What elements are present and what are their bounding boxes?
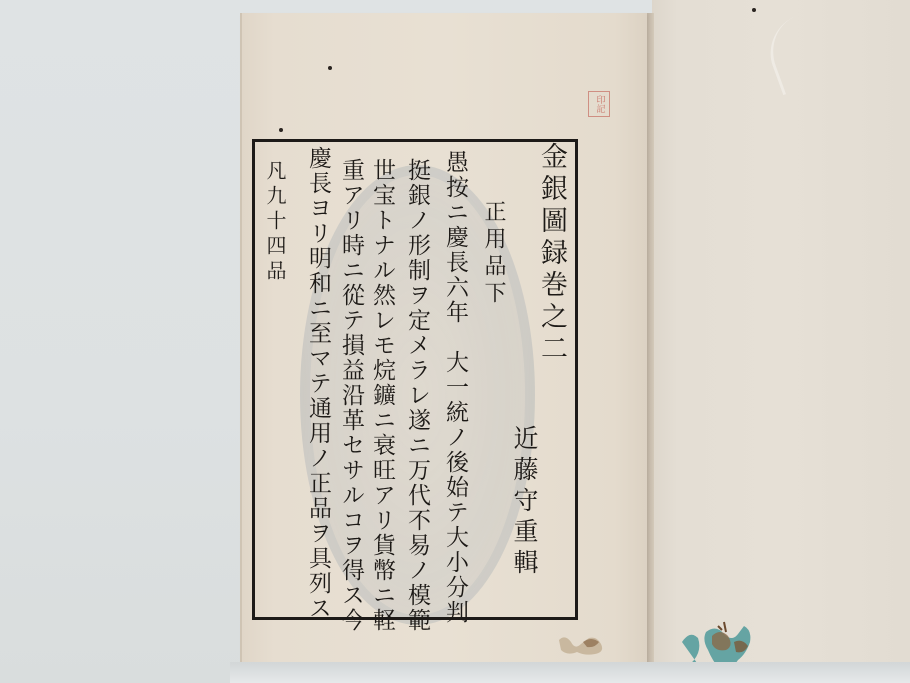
body-column: 重アリ時ニ從テ損益沿革セサルコヲ得ス今: [339, 158, 362, 633]
ink-speck: [328, 66, 332, 70]
section-heading: 正用品下: [482, 200, 504, 308]
red-seal-stamp: 印記: [588, 91, 610, 117]
ink-speck: [752, 8, 756, 12]
compiler-name: 近藤守重輯: [512, 425, 537, 580]
ink-speck: [279, 128, 283, 132]
right-page: [652, 0, 910, 672]
body-column: 慶長ヨリ明和ニ至マテ通用ノ正品ヲ具列ス: [306, 146, 329, 621]
body-column: 世宝トナル然レモ烷鑛ニ衰旺アリ貨幣ニ軽: [370, 158, 393, 633]
table-edge: [230, 662, 910, 683]
body-column: 挺銀ノ形制ヲ定メラレ遂ニ万代不易ノ模範: [405, 158, 428, 633]
paper-crease: [759, 15, 823, 95]
body-column: 凡九十四品: [265, 160, 285, 285]
body-column: 愚按ニ慶長六年 大一統ノ後始テ大小分判: [443, 150, 466, 625]
worm-damage-left: [555, 630, 615, 660]
volume-title: 金銀圖録巻之二: [538, 142, 565, 366]
book-photo-scene: 金銀圖録巻之二 近藤守重輯 正用品下 愚按ニ慶長六年 大一統ノ後始テ大小分判 挺…: [0, 0, 910, 683]
